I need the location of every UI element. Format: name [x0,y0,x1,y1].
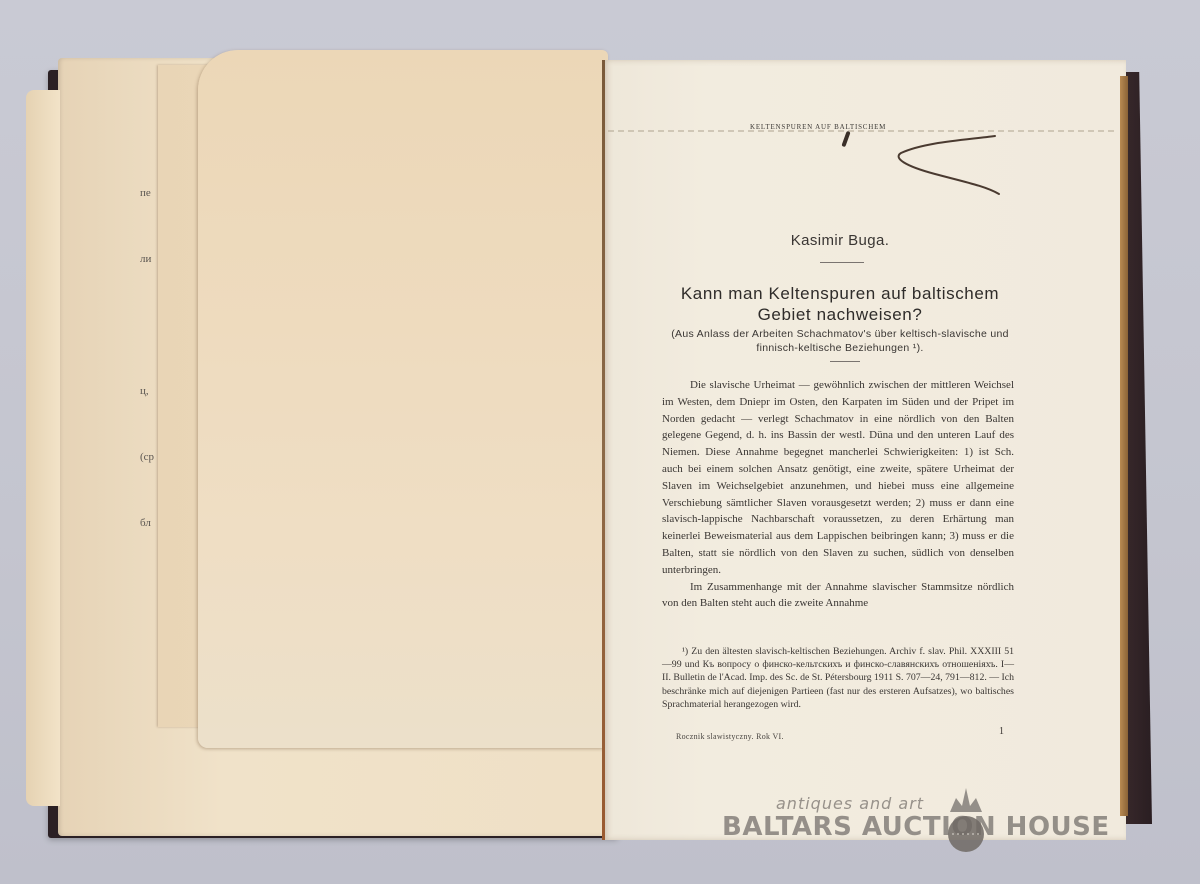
paragraph: Die slavische Urheimat — gewöhnlich zwis… [662,377,1014,579]
page-edge-gilt [1120,76,1128,816]
title-line: Gebiet nachweisen? [650,304,1030,325]
left-page-fold [26,90,60,806]
article-body: Die slavische Urheimat — gewöhnlich zwis… [662,377,1014,612]
article-title: Kann man Keltenspuren auf baltischem Geb… [650,283,1030,325]
loose-leaf-2 [198,50,608,748]
divider [820,262,864,263]
text-fragment: (ср [140,446,160,468]
binding-thread [602,60,605,840]
handwritten-mark-icon [895,128,1005,203]
footnote-text: ¹) Zu den ältesten slavisch-keltischen B… [662,645,1014,711]
text-fragment: бл [140,512,160,534]
author-name: Kasimir Buga. [640,232,1040,249]
footnote: ¹) Zu den ältesten slavisch-keltischen B… [662,645,1014,711]
text-fragment: ц, [140,380,160,402]
article-subtitle: (Aus Anlass der Arbeiten Schachmatov's ü… [650,327,1030,355]
paragraph: Im Zusammenhange mit der Annahme slavisc… [662,579,1014,613]
page-number: 1 [999,726,1004,737]
crown-logo-icon [946,786,986,861]
left-page-text-fragments: пе ли ц, (ср бл [140,138,160,556]
title-line: Kann man Keltenspuren auf baltischem [650,283,1030,304]
text-fragment [140,314,160,336]
watermark-tagline: antiques and art [776,794,924,813]
journal-signature: Rocznik slawistyczny. Rok VI. [676,732,784,741]
watermark-name: BALTARS AUCTION HOUSE [722,812,1110,842]
running-head: KELTENSPUREN AUF BALTISCHEM [750,123,886,131]
text-fragment: ли [140,248,160,270]
divider [830,361,860,362]
text-fragment: пе [140,182,160,204]
